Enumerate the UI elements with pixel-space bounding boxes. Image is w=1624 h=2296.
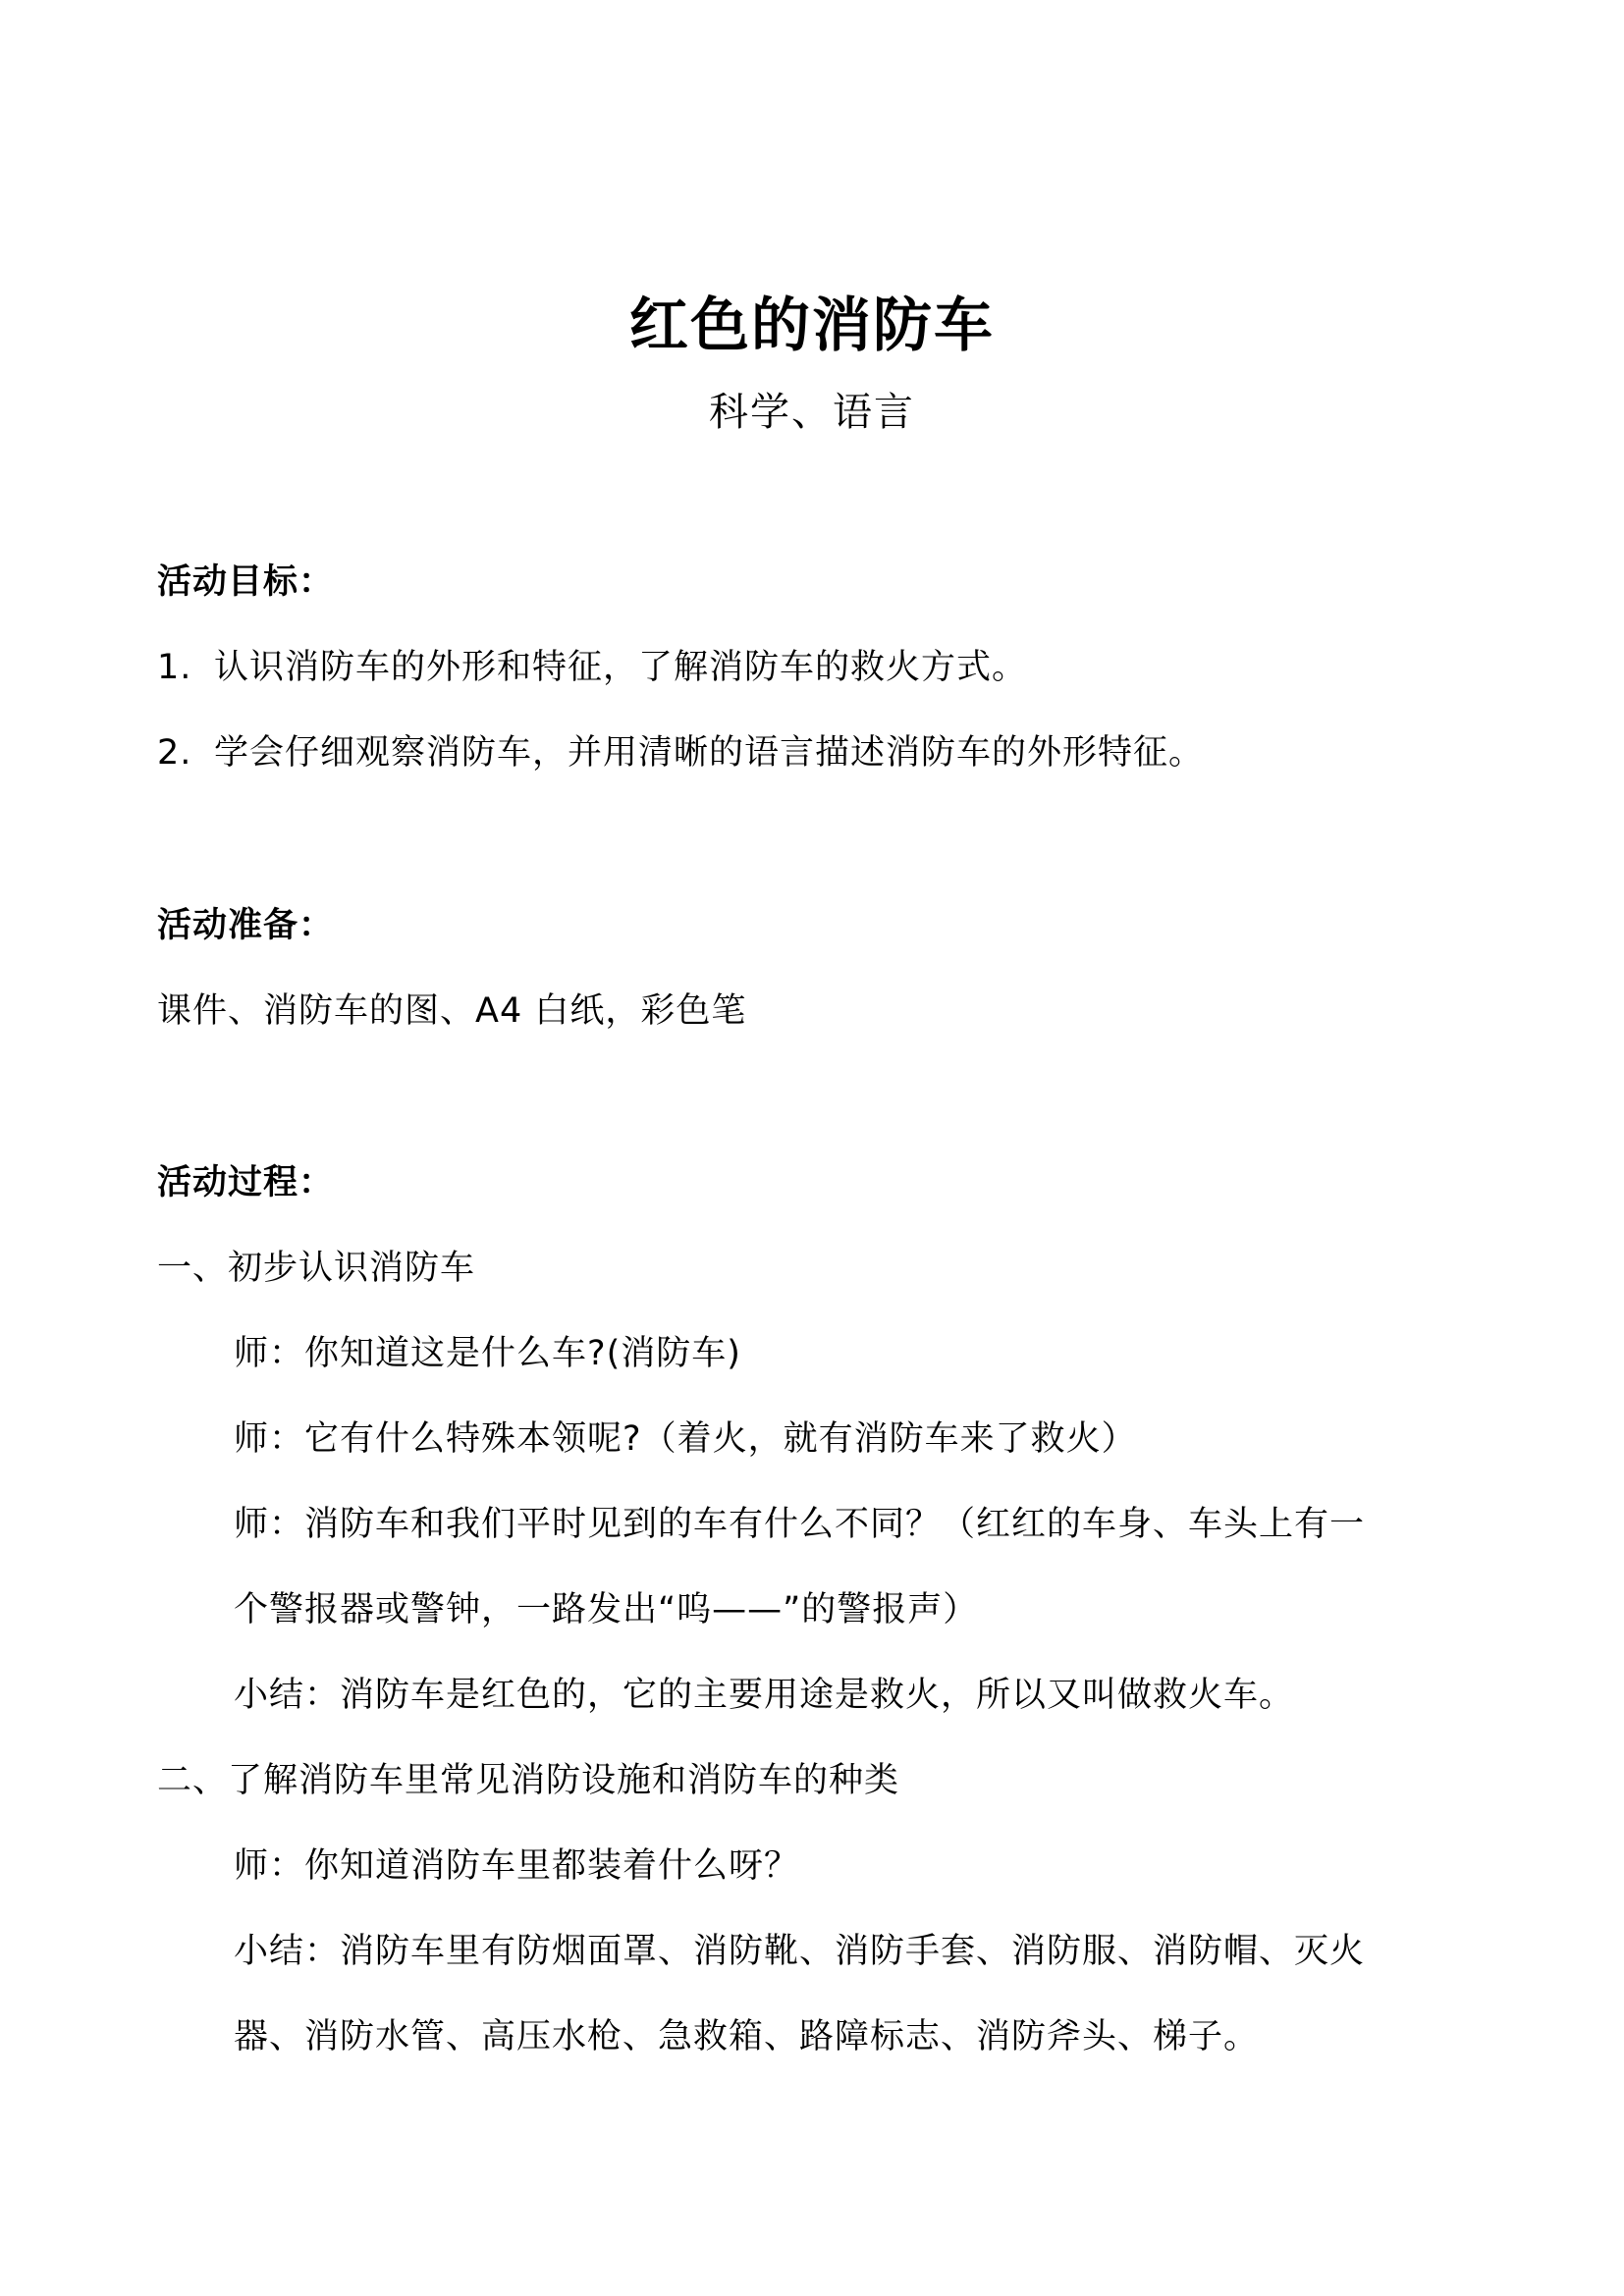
dialogue-line: 师：消防车和我们平时见到的车有什么不同？（红红的车身、车头上有一 bbox=[234, 1500, 1365, 1549]
process-heading: 活动过程： bbox=[157, 1158, 334, 1207]
objective-text: 认识消防车的外形和特征，了解消防车的救火方式。 bbox=[214, 648, 1027, 687]
objective-item: 2.学会仔细观察消防车，并用清晰的语言描述消防车的外形特征。 bbox=[157, 728, 1204, 777]
dialogue-line: 师：你知道这是什么车?(消防车) bbox=[234, 1329, 741, 1378]
dialogue-line: 师：它有什么特殊本领呢?（着火，就有消防车来了救火） bbox=[234, 1415, 1137, 1464]
objective-number: 2. bbox=[157, 728, 214, 777]
objectives-heading: 活动目标： bbox=[157, 558, 334, 607]
dialogue-line: 师：你知道消防车里都装着什么呀？ bbox=[234, 1842, 799, 1891]
objective-number: 1. bbox=[157, 643, 214, 692]
summary-line: 小结：消防车里有防烟面罩、消防靴、消防手套、消防服、消防帽、灭火 bbox=[234, 1927, 1365, 1976]
summary-line: 小结：消防车是红色的，它的主要用途是救火，所以又叫做救火车。 bbox=[234, 1671, 1294, 1720]
document-page: 红色的消防车 科学、语言 活动目标： 1.认识消防车的外形和特征，了解消防车的救… bbox=[0, 0, 1624, 2296]
preparation-text: 课件、消防车的图、A4 白纸，彩色笔 bbox=[157, 987, 746, 1036]
section-title: 二、了解消防车里常见消防设施和消防车的种类 bbox=[157, 1756, 899, 1805]
document-subtitle: 科学、语言 bbox=[0, 385, 1624, 440]
document-title: 红色的消防车 bbox=[0, 287, 1624, 365]
objective-item: 1.认识消防车的外形和特征，了解消防车的救火方式。 bbox=[157, 643, 1027, 692]
dialogue-line-continued: 个警报器或警钟，一路发出“呜——”的警报声） bbox=[234, 1585, 978, 1634]
summary-line-continued: 器、消防水管、高压水枪、急救箱、路障标志、消防斧头、梯子。 bbox=[234, 2012, 1259, 2061]
objective-text: 学会仔细观察消防车，并用清晰的语言描述消防车的外形特征。 bbox=[214, 733, 1204, 773]
preparation-heading: 活动准备： bbox=[157, 901, 334, 950]
section-title: 一、初步认识消防车 bbox=[157, 1244, 475, 1293]
